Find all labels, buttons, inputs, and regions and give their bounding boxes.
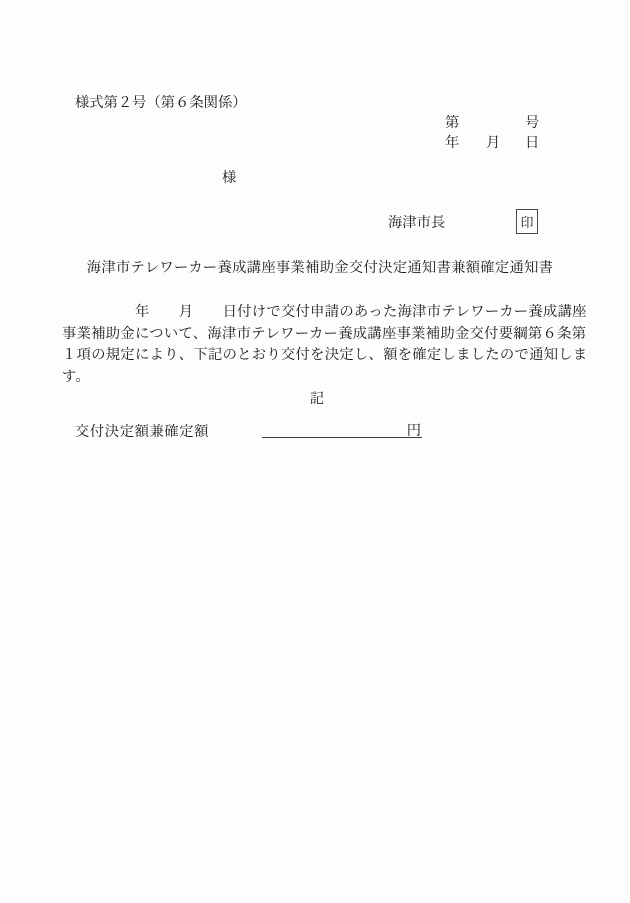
sender-title: 海津市長 (388, 212, 445, 232)
addressee-honorific: 様 (222, 167, 236, 187)
document-number-suffix: 号 (525, 112, 539, 132)
body-line: す。 (62, 367, 582, 389)
record-heading: 記 (62, 388, 572, 408)
document-number-prefix: 第 (445, 112, 459, 132)
form-number-label: 様式第２号（第６条関係） (75, 92, 247, 112)
date-year-label: 年 (445, 132, 459, 152)
amount-unit-label: 円 (407, 423, 422, 439)
body-line: １項の規定により、下記のとおり交付を決定し、額を確定しましたので通知しま (62, 345, 582, 367)
seal-mark: 印 (520, 212, 533, 231)
date-month-label: 月 (486, 132, 500, 152)
document-title: 海津市テレワーカー養成講座事業補助金交付決定通知書兼額確定通知書 (62, 257, 578, 277)
amount-fill-in-blank: 円 (262, 420, 422, 438)
body-line: 年 月 日付けで交付申請のあった海津市テレワーカー養成講座 (62, 302, 582, 324)
seal-placeholder-box: 印 (516, 209, 538, 234)
body-line: 事業補助金について、海津市テレワーカー養成講座事業補助金交付要綱第６条第 (62, 324, 582, 346)
date-day-label: 日 (525, 132, 539, 152)
body-paragraph: 年 月 日付けで交付申請のあった海津市テレワーカー養成講座 事業補助金について、… (62, 302, 582, 388)
amount-label: 交付決定額兼確定額 (75, 421, 209, 441)
document-page: 様式第２号（第６条関係） 第 号 年 月 日 様 海津市長 印 海津市テレワーカ… (0, 0, 630, 903)
